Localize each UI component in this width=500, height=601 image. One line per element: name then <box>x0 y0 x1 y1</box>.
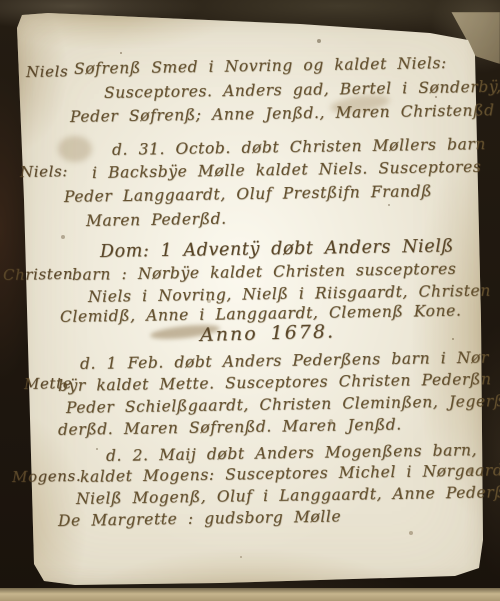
margin-name-label: Mogens. <box>12 467 81 486</box>
margin-name-label: Christen <box>3 265 73 284</box>
margin-name-label: Niels <box>26 62 69 81</box>
ink-stain <box>58 136 92 162</box>
margin-name-label: Niels: <box>20 162 68 181</box>
record-line: Maren Pederßd. <box>86 210 227 230</box>
manuscript-photo: Niels Søfrenß Smed i Novring og kaldet N… <box>0 0 500 601</box>
table-surface-strip <box>0 588 500 601</box>
paper-speckles <box>0 0 2 2</box>
year-heading: Anno 1678. <box>200 320 336 346</box>
